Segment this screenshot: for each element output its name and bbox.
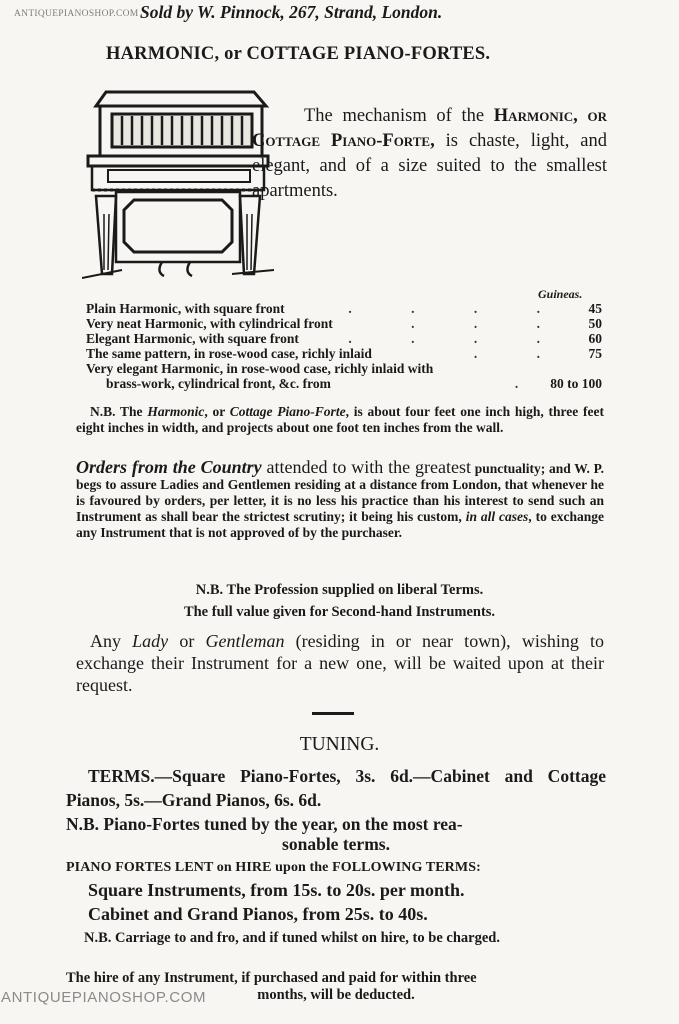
hire-heading: PIANO FORTES LENT on HIRE upon the FOLLO…	[66, 860, 611, 876]
intro-text: The mechanism of the	[304, 106, 494, 126]
tuning-heading: TUNING.	[0, 734, 679, 756]
mechanism-description: The mechanism of the Harmonic, or Cottag…	[252, 104, 607, 204]
leader-dots: . .	[376, 346, 568, 361]
price-value: 80 to 100	[550, 376, 602, 391]
piano-illustration-icon	[82, 84, 274, 280]
price-value: 75	[572, 346, 602, 361]
exchange-text: or	[168, 631, 205, 651]
page-title: HARMONIC, or COTTAGE PIANO-FORTES.	[106, 44, 586, 65]
orders-lead: Orders from the Country	[76, 457, 262, 477]
orders-italic: in all cases	[466, 509, 529, 524]
price-description: Elegant Harmonic, with square front	[86, 331, 299, 346]
leader-dots: . . . .	[289, 301, 568, 316]
watermark-bottom: ANTIQUEPIANOSHOP.COM	[1, 989, 206, 1006]
note-italic: Cottage Piano-Forte	[230, 404, 346, 419]
price-value: 45	[572, 301, 602, 316]
price-description: Very neat Harmonic, with cylindrical fro…	[86, 316, 333, 331]
price-description: The same pattern, in rose-wood case, ric…	[86, 346, 372, 361]
price-list: Plain Harmonic, with square front . . . …	[86, 301, 602, 391]
country-orders-paragraph: Orders from the Country attended to with…	[76, 459, 604, 541]
price-value: 60	[572, 331, 602, 346]
price-description: Plain Harmonic, with square front	[86, 301, 285, 316]
price-description: brass-work, cylindrical front, &c. from	[86, 376, 331, 391]
hire-item-cabinet-grand: Cabinet and Grand Pianos, from 25s. to 4…	[88, 904, 428, 925]
second-hand-note: The full value given for Second-hand Ins…	[0, 604, 679, 621]
advertisement-page: ANTIQUEPIANOSHOP.COM Sold by W. Pinnock,…	[0, 0, 679, 1024]
price-row: Elegant Harmonic, with square front . . …	[86, 331, 602, 346]
price-description: Very elegant Harmonic, in rose-wood case…	[86, 361, 433, 376]
note-text: , or	[204, 404, 229, 419]
price-row: The same pattern, in rose-wood case, ric…	[86, 346, 602, 361]
watermark-top: ANTIQUEPIANOSHOP.COM	[14, 9, 139, 19]
orders-lead-rest: attended to with the greatest	[262, 457, 471, 477]
exchange-italic: Gentleman	[205, 631, 284, 651]
carriage-note: N.B. Carriage to and fro, and if tuned w…	[66, 930, 606, 947]
section-divider	[312, 712, 354, 715]
exchange-text: Any	[90, 631, 132, 651]
dimensions-note: N.B. The Harmonic, or Cottage Piano-Fort…	[76, 404, 604, 435]
price-value: 50	[572, 316, 602, 331]
hire-item-square: Square Instruments, from 15s. to 20s. pe…	[88, 880, 465, 901]
tuning-yearly-note: N.B. Piano-Fortes tuned by the year, on …	[66, 814, 606, 854]
deduction-text: The hire of any Instrument, if purchased…	[66, 970, 477, 986]
price-row: Very elegant Harmonic, in rose-wood case…	[86, 361, 602, 376]
tuning-terms: TERMS.—Square Piano-Fortes, 3s. 6d.—Cabi…	[66, 764, 606, 812]
tuning-note-end: sonable terms.	[66, 834, 606, 854]
note-italic: Harmonic	[147, 404, 204, 419]
leader-dots: . . .	[337, 316, 568, 331]
tuning-note-text: N.B. Piano-Fortes tuned by the year, on …	[66, 814, 463, 834]
price-unit-header: Guineas.	[538, 287, 582, 302]
leader-dots: . . . .	[303, 331, 568, 346]
sold-by-header: Sold by W. Pinnock, 267, Strand, London.	[140, 2, 560, 23]
exchange-italic: Lady	[132, 631, 168, 651]
price-row: brass-work, cylindrical front, &c. from …	[86, 376, 602, 391]
profession-note: N.B. The Profession supplied on liberal …	[0, 582, 679, 599]
note-text: N.B. The	[90, 404, 147, 419]
leader-dots: .	[335, 376, 546, 391]
price-row: Very neat Harmonic, with cylindrical fro…	[86, 316, 602, 331]
exchange-paragraph: Any Lady or Gentleman (residing in or ne…	[76, 630, 604, 696]
price-row: Plain Harmonic, with square front . . . …	[86, 301, 602, 316]
